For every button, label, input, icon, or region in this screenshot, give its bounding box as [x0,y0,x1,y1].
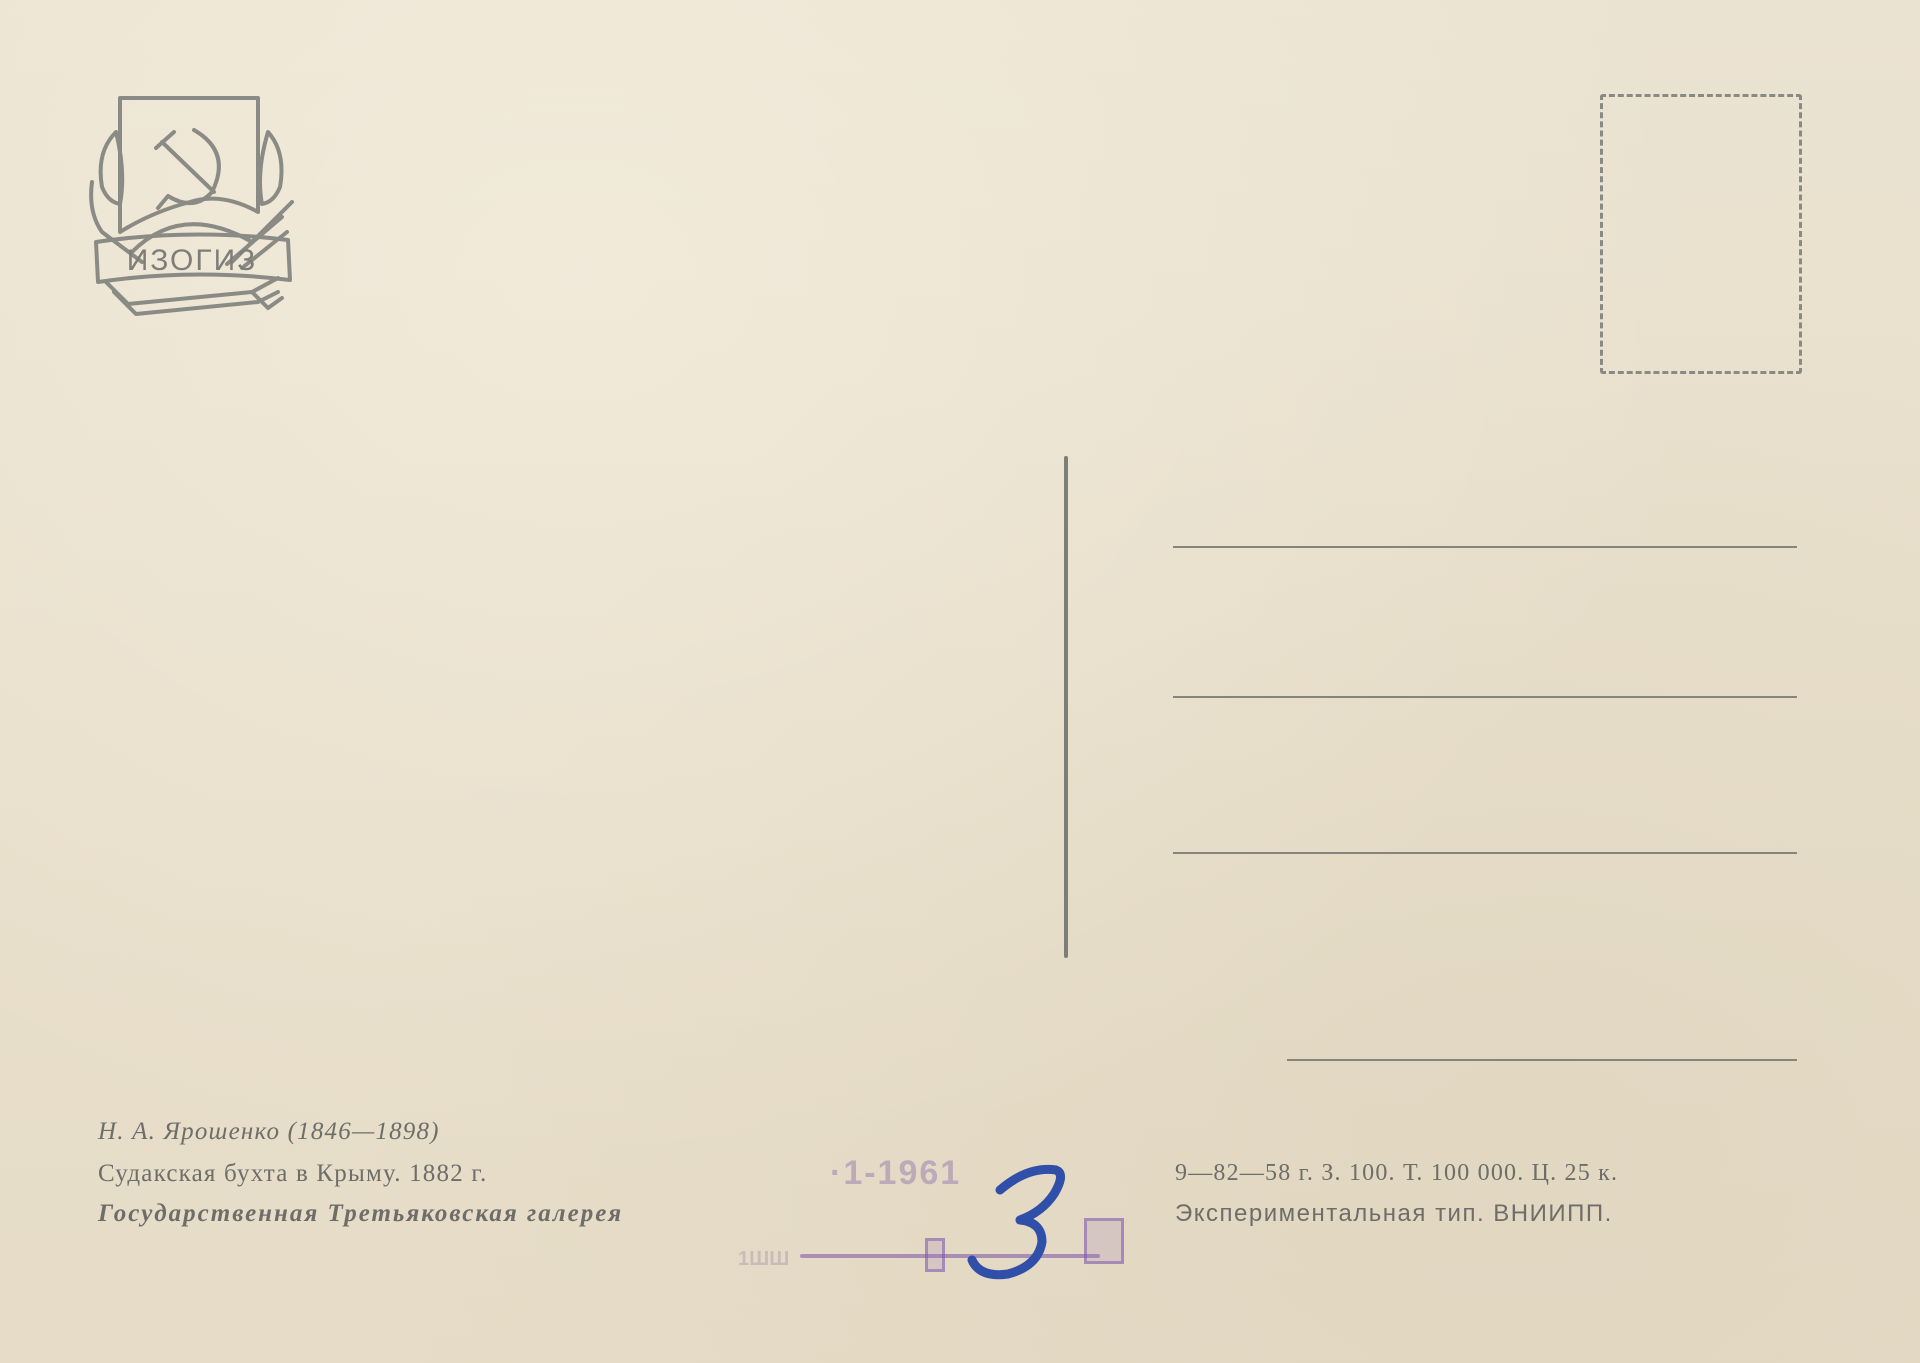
center-divider-line [1064,456,1068,958]
postmark-block-left [925,1238,945,1272]
svg-text:ИЗОГИЗ: ИЗОГИЗ [127,244,258,277]
address-line-4[interactable] [1287,1059,1797,1061]
handwritten-number-mark: 3 [958,1162,1068,1282]
postmark-date: ·1-1961 [830,1154,961,1193]
postmark-faint-text: 1ШШ [738,1248,789,1271]
artist-caption: Н. А. Ярошенко (1846—1898) [98,1118,440,1146]
imprint-line-2: Экспериментальная тип. ВНИИПП. [1175,1200,1613,1228]
izogiz-emblem-icon: ИЗОГИЗ [82,92,304,318]
address-line-2[interactable] [1173,696,1797,698]
collection-caption: Государственная Третьяковская галерея [98,1200,623,1228]
postmark-block-right [1084,1218,1124,1264]
stamp-placeholder-box [1600,94,1802,374]
address-line-3[interactable] [1173,852,1797,854]
painting-title: Судакская бухта в Крыму. 1882 г. [98,1160,487,1188]
svg-text:3: 3 [958,1162,966,1166]
address-line-1[interactable] [1173,546,1797,548]
imprint-line-1: 9—82—58 г. З. 100. Т. 100 000. Ц. 25 к. [1175,1160,1618,1187]
